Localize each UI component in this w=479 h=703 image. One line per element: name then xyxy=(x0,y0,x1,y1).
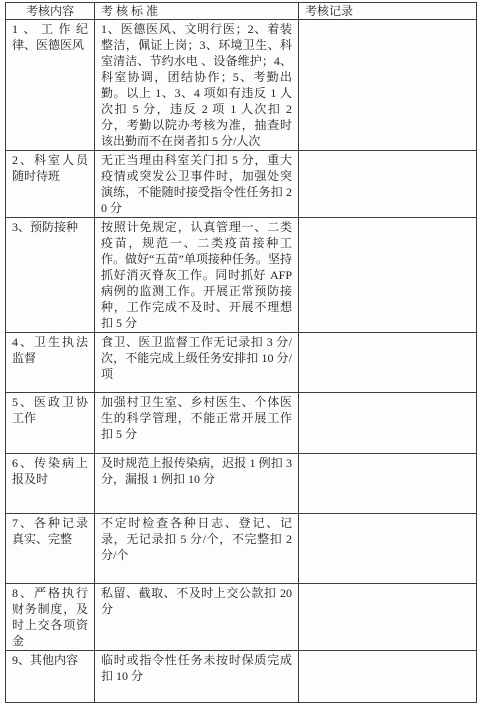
document-page: { "page": { "background_color": "#fdfdfd… xyxy=(0,0,479,682)
record-cell xyxy=(299,151,477,218)
content-cell: 3、预防接种 xyxy=(6,218,95,333)
table-row: 8、严格执行财务制度，及时上交各项资金 私留、截取、不及时上交公款扣 20 分 xyxy=(6,584,477,651)
record-cell xyxy=(299,514,477,584)
standard-cell: 食卫、医卫监督工作无记录扣 3 分/次，不能完成上级任务安排扣 10 分/项 xyxy=(95,333,299,393)
content-cell: 5、医政卫协工作 xyxy=(6,393,95,454)
content-cell: 8、严格执行财务制度，及时上交各项资金 xyxy=(6,584,95,651)
document-body: 考核内容 考 核 标 准 考核记录 1、工作纪律、医德医风 1、医德医风、文明行… xyxy=(5,2,477,703)
record-cell xyxy=(299,333,477,393)
standard-cell: 加强村卫生室、乡村医生、个体医生的科学管理，不能正常开展工作扣 5 分 xyxy=(95,393,299,454)
table-row: 1、工作纪律、医德医风 1、医德医风、文明行医；2、着装整洁，佩证上岗；3、环境… xyxy=(6,20,477,151)
table-row: 4、卫生执法监督 食卫、医卫监督工作无记录扣 3 分/次，不能完成上级任务安排扣… xyxy=(6,333,477,393)
table-row: 2、科室人员随时待班 无正当理由科室关门扣 5 分，重大疫情或突发公卫事件时，加… xyxy=(6,151,477,218)
standard-cell: 不定时检查各种日志、登记、记录，无记录扣 5 分/个，不完整扣 2 分/个 xyxy=(95,514,299,584)
standard-cell: 按照计免规定，认真管理一、二类疫苗，规范一、二类疫苗接种工作。做好“五苗”单项接… xyxy=(95,218,299,333)
column-header-standard: 考 核 标 准 xyxy=(95,3,299,20)
table-row: 9、其他内容 临时或指令性任务未按时保质完成扣 10 分 xyxy=(6,651,477,703)
table-row: 7、各种记录真实、完整 不定时检查各种日志、登记、记录，无记录扣 5 分/个，不… xyxy=(6,514,477,584)
table-row: 3、预防接种 按照计免规定，认真管理一、二类疫苗，规范一、二类疫苗接种工作。做好… xyxy=(6,218,477,333)
content-cell: 7、各种记录真实、完整 xyxy=(6,514,95,584)
column-header-record: 考核记录 xyxy=(299,3,477,20)
assessment-table: 考核内容 考 核 标 准 考核记录 1、工作纪律、医德医风 1、医德医风、文明行… xyxy=(5,2,477,703)
content-cell: 4、卫生执法监督 xyxy=(6,333,95,393)
content-cell: 9、其他内容 xyxy=(6,651,95,703)
record-cell xyxy=(299,393,477,454)
column-header-content: 考核内容 xyxy=(6,3,95,20)
record-cell xyxy=(299,20,477,151)
content-cell: 6、传染病上报及时 xyxy=(6,454,95,514)
table-row: 5、医政卫协工作 加强村卫生室、乡村医生、个体医生的科学管理，不能正常开展工作扣… xyxy=(6,393,477,454)
standard-cell: 临时或指令性任务未按时保质完成扣 10 分 xyxy=(95,651,299,703)
content-cell: 1、工作纪律、医德医风 xyxy=(6,20,95,151)
record-cell xyxy=(299,584,477,651)
standard-cell: 私留、截取、不及时上交公款扣 20 分 xyxy=(95,584,299,651)
content-cell: 2、科室人员随时待班 xyxy=(6,151,95,218)
standard-cell: 1、医德医风、文明行医；2、着装整洁，佩证上岗；3、环境卫生、科室清洁、节约水电… xyxy=(95,20,299,151)
record-cell xyxy=(299,651,477,703)
table-row: 6、传染病上报及时 及时规范上报传染病，迟报 1 例扣 3 分，漏报 1 例扣 … xyxy=(6,454,477,514)
standard-cell: 及时规范上报传染病，迟报 1 例扣 3 分，漏报 1 例扣 10 分 xyxy=(95,454,299,514)
record-cell xyxy=(299,218,477,333)
record-cell xyxy=(299,454,477,514)
standard-cell: 无正当理由科室关门扣 5 分，重大疫情或突发公卫事件时，加强处突演练，不能随时接… xyxy=(95,151,299,218)
table-header-row: 考核内容 考 核 标 准 考核记录 xyxy=(6,3,477,20)
